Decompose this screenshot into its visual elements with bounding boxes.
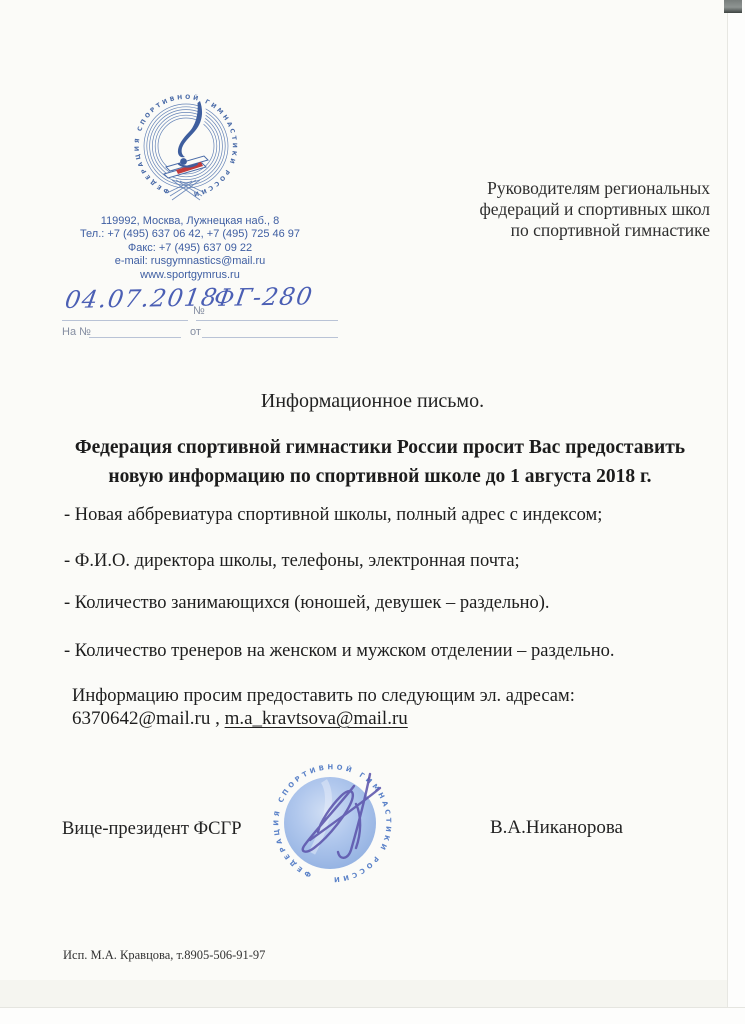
scan-bottom-edge xyxy=(0,1007,745,1024)
fsgr-logo: ФЕДЕРАЦИЯ СПОРТИВНОЙ ГИМНАСТИКИ РОССИИ xyxy=(108,80,264,220)
letterhead-address: 119992, Москва, Лужнецкая наб., 8 Тел.: … xyxy=(38,215,342,282)
request-line: Информацию просим предоставить по следую… xyxy=(72,686,575,707)
executor-footer: Исп. М.А. Кравцова, т.8905-506-91-97 xyxy=(63,948,265,963)
recipient-line: по спортивной гимнастике xyxy=(430,220,710,241)
email-addresses: 6370642@mail.ru , m.a_kravtsova@mail.ru xyxy=(72,708,408,730)
recipient-line: федераций и спортивных школ xyxy=(430,199,710,220)
signature-ink xyxy=(280,760,404,876)
reference-rule-line xyxy=(62,320,188,321)
scan-right-edge xyxy=(727,0,745,1024)
lead-paragraph: Федерация спортивной гимнастики России п… xyxy=(50,434,710,491)
reference-block: 04.07.2018 № ФГ-280 На № от xyxy=(60,284,350,348)
signer-name: В.А.Никанорова xyxy=(490,817,623,839)
lead-line: Федерация спортивной гимнастики России п… xyxy=(50,434,710,463)
address-line: Тел.: +7 (495) 637 06 42, +7 (495) 725 4… xyxy=(38,228,342,241)
scan-bottom-shade xyxy=(0,980,727,1007)
gymnast-icon xyxy=(178,101,202,167)
recipient-block: Руководителям региональных федераций и с… xyxy=(430,178,710,241)
handwritten-number: ФГ-280 xyxy=(212,282,315,312)
list-item: - Ф.И.О. директора школы, телефоны, элек… xyxy=(64,551,714,572)
recipient-line: Руководителям региональных xyxy=(430,178,710,199)
reference-rule-line xyxy=(202,337,338,338)
scanned-letter-page: ФЕДЕРАЦИЯ СПОРТИВНОЙ ГИМНАСТИКИ РОССИИ 1… xyxy=(0,0,745,1024)
address-line: 119992, Москва, Лужнецкая наб., 8 xyxy=(38,215,342,228)
address-line: e-mail: rusgymnastics@mail.ru xyxy=(38,255,342,268)
email-1: 6370642@mail.ru xyxy=(72,708,210,729)
reference-rule-line xyxy=(89,337,181,338)
scan-corner-mark xyxy=(724,0,742,13)
address-line: Факс: +7 (495) 637 09 22 xyxy=(38,242,342,255)
letter-title: Информационное письмо. xyxy=(0,390,745,413)
list-item: - Количество тренеров на женском и мужск… xyxy=(64,641,714,662)
ot-label: от xyxy=(190,326,201,338)
address-line: www.sportgymrus.ru xyxy=(38,269,342,282)
list-item: - Количество занимающихся (юношей, девуш… xyxy=(64,593,714,614)
list-item: - Новая аббревиатура спортивной школы, п… xyxy=(64,505,714,526)
lead-line: новую информацию по спортивной школе до … xyxy=(50,463,710,492)
number-sign-label: № xyxy=(193,305,205,317)
na-number-label: На № xyxy=(62,326,91,338)
reference-rule-line xyxy=(196,320,338,321)
signer-position: Вице-президент ФСГР xyxy=(62,819,241,840)
email-separator: , xyxy=(210,708,224,729)
email-2: m.a_kravtsova@mail.ru xyxy=(225,708,408,729)
